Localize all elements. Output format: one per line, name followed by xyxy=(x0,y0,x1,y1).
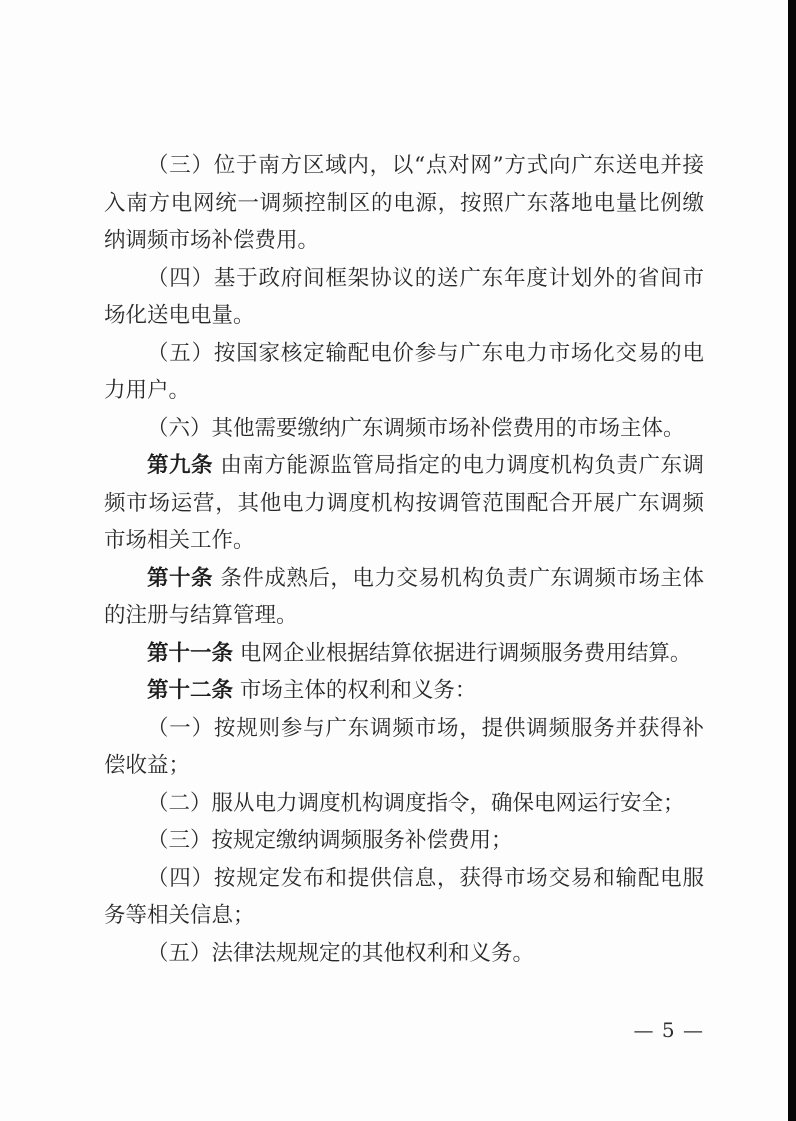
paragraph-text: （一）按规则参与广东调频市场，提供调频服务并获得补偿收益； xyxy=(104,716,704,779)
page-number: — 5 — xyxy=(0,1015,704,1045)
paragraph: （四）按规定发布和提供信息，获得市场交易和输配电服务等相关信息； xyxy=(104,860,704,935)
paragraph-text: （四）按规定发布和提供信息，获得市场交易和输配电服务等相关信息； xyxy=(104,866,704,929)
paragraph-text: 市场主体的权利和义务： xyxy=(233,678,476,703)
paragraph-text: （三）按规定缴纳调频服务补偿费用； xyxy=(147,828,513,853)
paragraph-text: （四）基于政府间框架协议的送广东年度计划外的省间市场化送电电量。 xyxy=(104,266,704,329)
paragraph: （五）按国家核定输配电价参与广东电力市场化交易的电力用户。 xyxy=(104,335,704,410)
article-number: 第十二条 xyxy=(147,678,233,703)
document-page: （三）位于南方区域内，以“点对网”方式向广东送电并接入南方电网统一调频控制区的电… xyxy=(0,0,796,1121)
article-number: 第十一条 xyxy=(147,641,233,666)
paragraph-text: 电网企业根据结算依据进行调频服务费用结算。 xyxy=(233,641,691,666)
article-number: 第十条 xyxy=(147,566,213,591)
paragraph-text: （三）位于南方区域内，以“点对网”方式向广东送电并接入南方电网统一调频控制区的电… xyxy=(104,153,704,253)
paragraph: 第十二条 市场主体的权利和义务： xyxy=(104,672,704,710)
paragraph: （四）基于政府间框架协议的送广东年度计划外的省间市场化送电电量。 xyxy=(104,260,704,335)
paragraph: 第十条 条件成熟后，电力交易机构负责广东调频市场主体的注册与结算管理。 xyxy=(104,560,704,635)
document-body: （三）位于南方区域内，以“点对网”方式向广东送电并接入南方电网统一调频控制区的电… xyxy=(104,147,704,972)
paragraph-text: （五）法律法规规定的其他权利和义务。 xyxy=(147,941,534,966)
paragraph-text: （六）其他需要缴纳广东调频市场补偿费用的市场主体。 xyxy=(147,416,685,441)
paragraph: （五）法律法规规定的其他权利和义务。 xyxy=(104,935,704,973)
paragraph: （六）其他需要缴纳广东调频市场补偿费用的市场主体。 xyxy=(104,410,704,448)
paragraph: （二）服从电力调度机构调度指令，确保电网运行安全； xyxy=(104,785,704,823)
paragraph: （三）按规定缴纳调频服务补偿费用； xyxy=(104,822,704,860)
paragraph-text: （五）按国家核定输配电价参与广东电力市场化交易的电力用户。 xyxy=(104,341,704,404)
article-number: 第九条 xyxy=(147,453,213,478)
paragraph: 第九条 由南方能源监管局指定的电力调度机构负责广东调频市场运营，其他电力调度机构… xyxy=(104,447,704,560)
paragraph: 第十一条 电网企业根据结算依据进行调频服务费用结算。 xyxy=(104,635,704,673)
paragraph: （一）按规则参与广东调频市场，提供调频服务并获得补偿收益； xyxy=(104,710,704,785)
scan-edge-artifact xyxy=(788,0,796,1121)
paragraph-text: （二）服从电力调度机构调度指令，确保电网运行安全； xyxy=(147,791,685,816)
paragraph: （三）位于南方区域内，以“点对网”方式向广东送电并接入南方电网统一调频控制区的电… xyxy=(104,147,704,260)
